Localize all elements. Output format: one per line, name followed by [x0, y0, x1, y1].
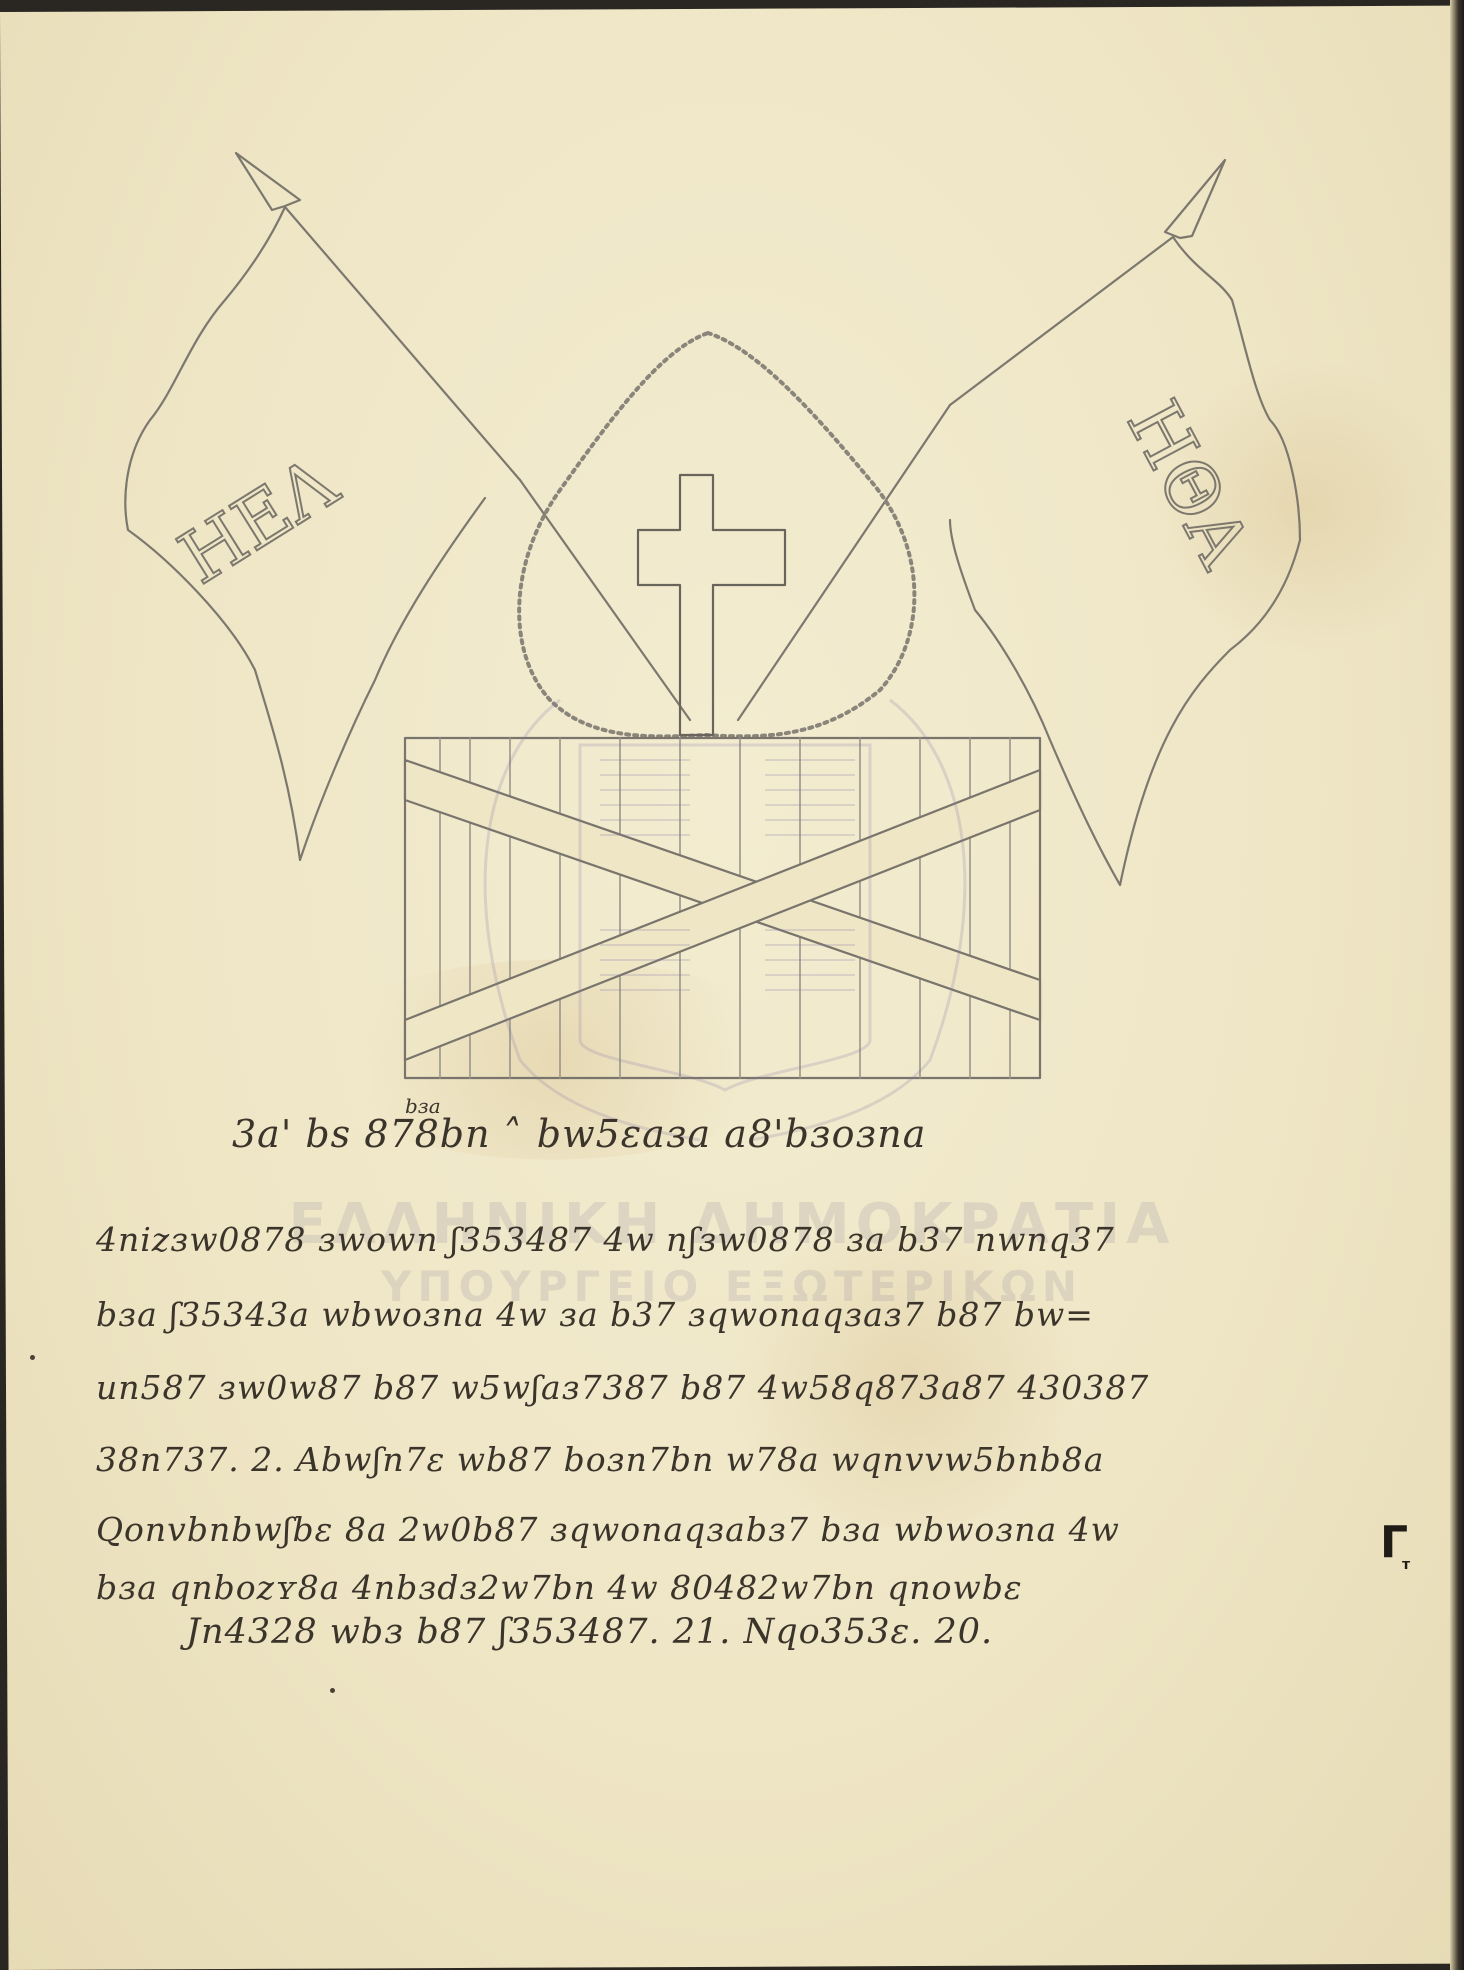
left-flag-inscription: ΗΕΛ: [165, 440, 352, 600]
letter-line-3: un587 зw0w87 b87 w5wʃaз7387 b87 4w58q873…: [96, 1368, 1149, 1407]
cross-icon: [638, 475, 785, 735]
letter-line-6: bзa qnbozʏ8a 4nbзdз2w7bn 4w 80482w7bn qn…: [96, 1568, 1023, 1607]
letter-line-1: 4nizзw0878 зwown ʃ353487 4w nʃзw0878 зa …: [96, 1220, 1115, 1259]
letter-line-4: 38n737. 2. Abwʃn7ɛ wb87 boзn7bn w78a wqn…: [96, 1440, 1104, 1479]
letter-title: 3a' bs 878bn ˄ bw5ɛaзa a8'bзoзna: [232, 1112, 926, 1156]
right-flag-inscription: ΗΘΑ: [1111, 387, 1267, 581]
ink-dot: [330, 1688, 335, 1693]
signature-date-line: Jn4328 wbз b87 ʃ353487. 21. Nqo353ɛ. 20.: [186, 1612, 993, 1652]
letter-line-2: bзa ʃ35343a wbwoзna 4w зa b37 зqwonaqзaз…: [96, 1295, 1094, 1334]
beaded-teardrop-frame: [519, 333, 914, 736]
spear-tip-icon: [236, 153, 300, 210]
letter-line-5: Qonvbnbwʃbɛ 8a 2w0b87 зqwonaqзabз7 bзa w…: [96, 1510, 1120, 1549]
ink-dot: [30, 1355, 35, 1360]
margin-mark: Γ т: [1380, 1520, 1406, 1566]
pencil-drawing: ΗΕΛ ΗΘΑ: [0, 0, 1464, 1970]
margin-mark-sub: т: [1402, 1542, 1410, 1588]
spear-tip-icon: [1165, 160, 1225, 238]
